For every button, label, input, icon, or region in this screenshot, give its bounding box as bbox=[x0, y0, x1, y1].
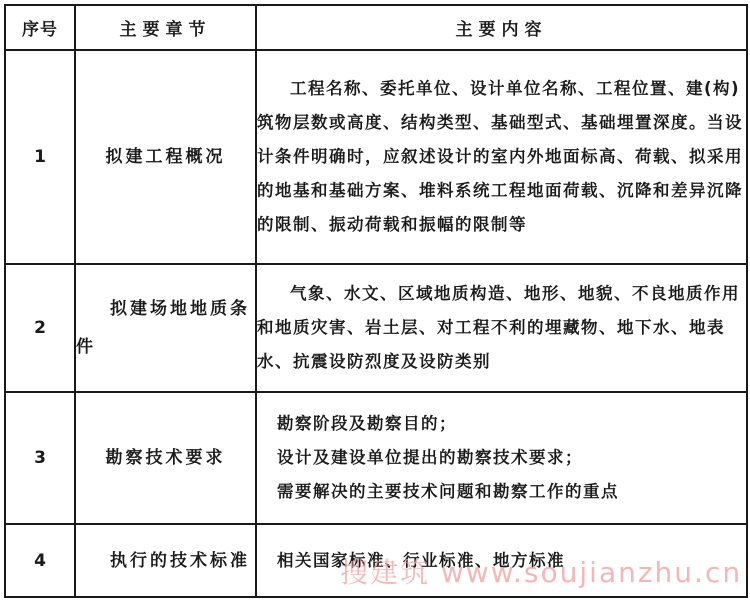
row-number: 3 bbox=[5, 392, 75, 524]
row-chapter: 拟建场地地质条件 bbox=[75, 264, 256, 392]
row-chapter: 拟建工程概况 bbox=[75, 50, 256, 264]
row-number: 1 bbox=[5, 50, 75, 264]
table-row: 1 拟建工程概况 工程名称、委托单位、设计单位名称、工程位置、建(构)筑物层数或… bbox=[5, 50, 747, 264]
header-no: 序号 bbox=[5, 5, 75, 50]
row-content: 工程名称、委托单位、设计单位名称、工程位置、建(构)筑物层数或高度、结构类型、基… bbox=[256, 50, 747, 264]
content-text: 工程名称、委托单位、设计单位名称、工程位置、建(构)筑物层数或高度、结构类型、基… bbox=[257, 72, 746, 242]
content-text: 气象、水文、区域地质构造、地形、地貌、不良地质作用和地质灾害、岩土层、对工程不利… bbox=[257, 277, 746, 379]
table-row: 3 勘察技术要求 勘察阶段及勘察目的； 设计及建设单位提出的勘察技术要求； 需要… bbox=[5, 392, 747, 524]
header-row: 序号 主要章节 主要内容 bbox=[5, 5, 747, 50]
table-row: 2 拟建场地地质条件 气象、水文、区域地质构造、地形、地貌、不良地质作用和地质灾… bbox=[5, 264, 747, 392]
row-content: 气象、水文、区域地质构造、地形、地貌、不良地质作用和地质灾害、岩土层、对工程不利… bbox=[256, 264, 747, 392]
survey-outline-table: 序号 主要章节 主要内容 1 拟建工程概况 工程名称、委托单位、设计单位名称、工… bbox=[4, 4, 748, 598]
content-line: 需要解决的主要技术问题和勘察工作的重点 bbox=[277, 475, 746, 509]
content-line: 设计及建设单位提出的勘察技术要求； bbox=[277, 441, 746, 475]
header-content: 主要内容 bbox=[256, 5, 747, 50]
row-number: 2 bbox=[5, 264, 75, 392]
header-chapter: 主要章节 bbox=[75, 5, 256, 50]
row-chapter: 执行的技术标准 bbox=[75, 524, 256, 597]
watermark: 搜建筑 www.soujianzhu.cn bbox=[340, 551, 742, 591]
chapter-text: 执行的技术标准 bbox=[76, 542, 255, 580]
chapter-text: 拟建场地地质条件 bbox=[76, 290, 255, 366]
row-number: 4 bbox=[5, 524, 75, 597]
row-chapter: 勘察技术要求 bbox=[75, 392, 256, 524]
content-line: 勘察阶段及勘察目的； bbox=[277, 407, 746, 441]
row-content: 勘察阶段及勘察目的； 设计及建设单位提出的勘察技术要求； 需要解决的主要技术问题… bbox=[256, 392, 747, 524]
